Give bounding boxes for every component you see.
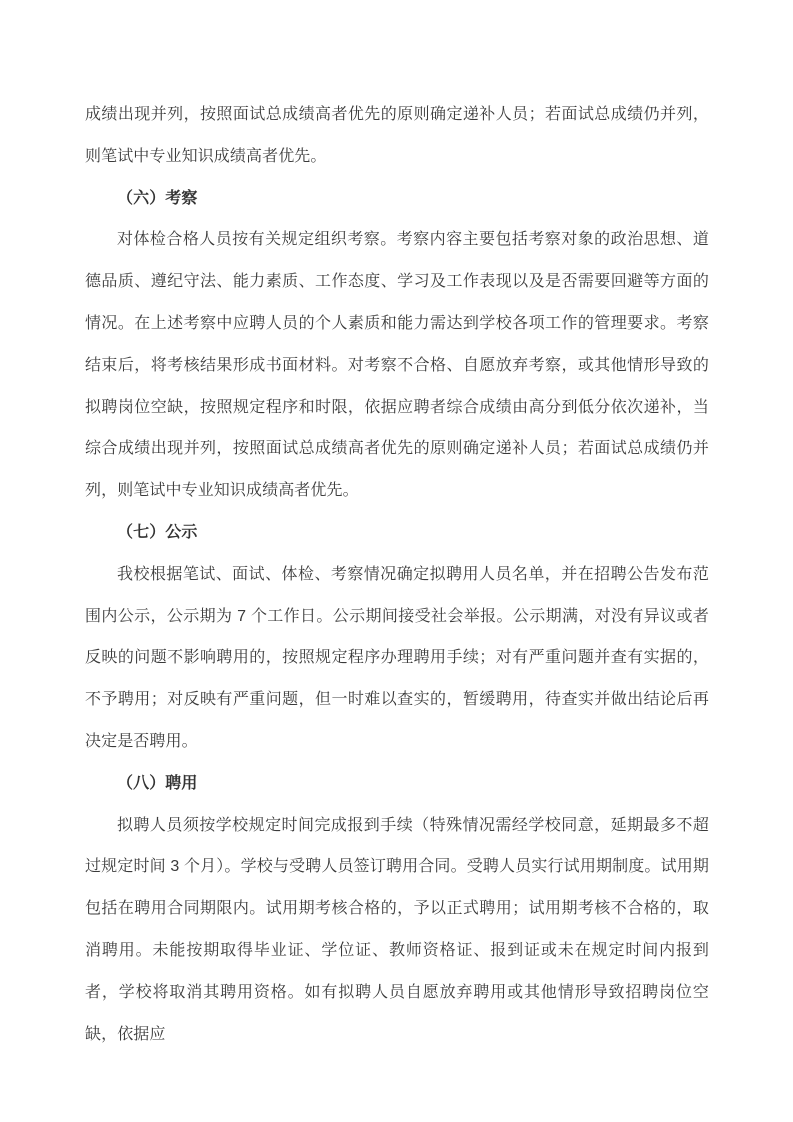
continuation-paragraph: 成绩出现并列，按照面试总成绩高者优先的原则确定递补人员；若面试总成绩仍并列，则笔… (85, 94, 709, 178)
section-heading-7-publicity: （七）公示 (85, 512, 709, 554)
section-body-8-employment: 拟聘人员须按学校规定时间完成报到手续（特殊情况需经学校同意，延期最多不超过规定时… (85, 805, 709, 1056)
document-text-area: 成绩出现并列，按照面试总成绩高者优先的原则确定递补人员；若面试总成绩仍并列，则笔… (0, 0, 793, 1122)
section-body-7-publicity: 我校根据笔试、面试、体检、考察情况确定拟聘用人员名单，并在招聘公告发布范围内公示… (85, 554, 709, 763)
section-heading-6-examination: （六）考察 (85, 178, 709, 220)
section-heading-8-employment: （八）聘用 (85, 763, 709, 805)
document-page: 成绩出现并列，按照面试总成绩高者优先的原则确定递补人员；若面试总成绩仍并列，则笔… (0, 0, 793, 1122)
section-body-6-examination: 对体检合格人员按有关规定组织考察。考察内容主要包括考察对象的政治思想、道德品质、… (85, 219, 709, 512)
